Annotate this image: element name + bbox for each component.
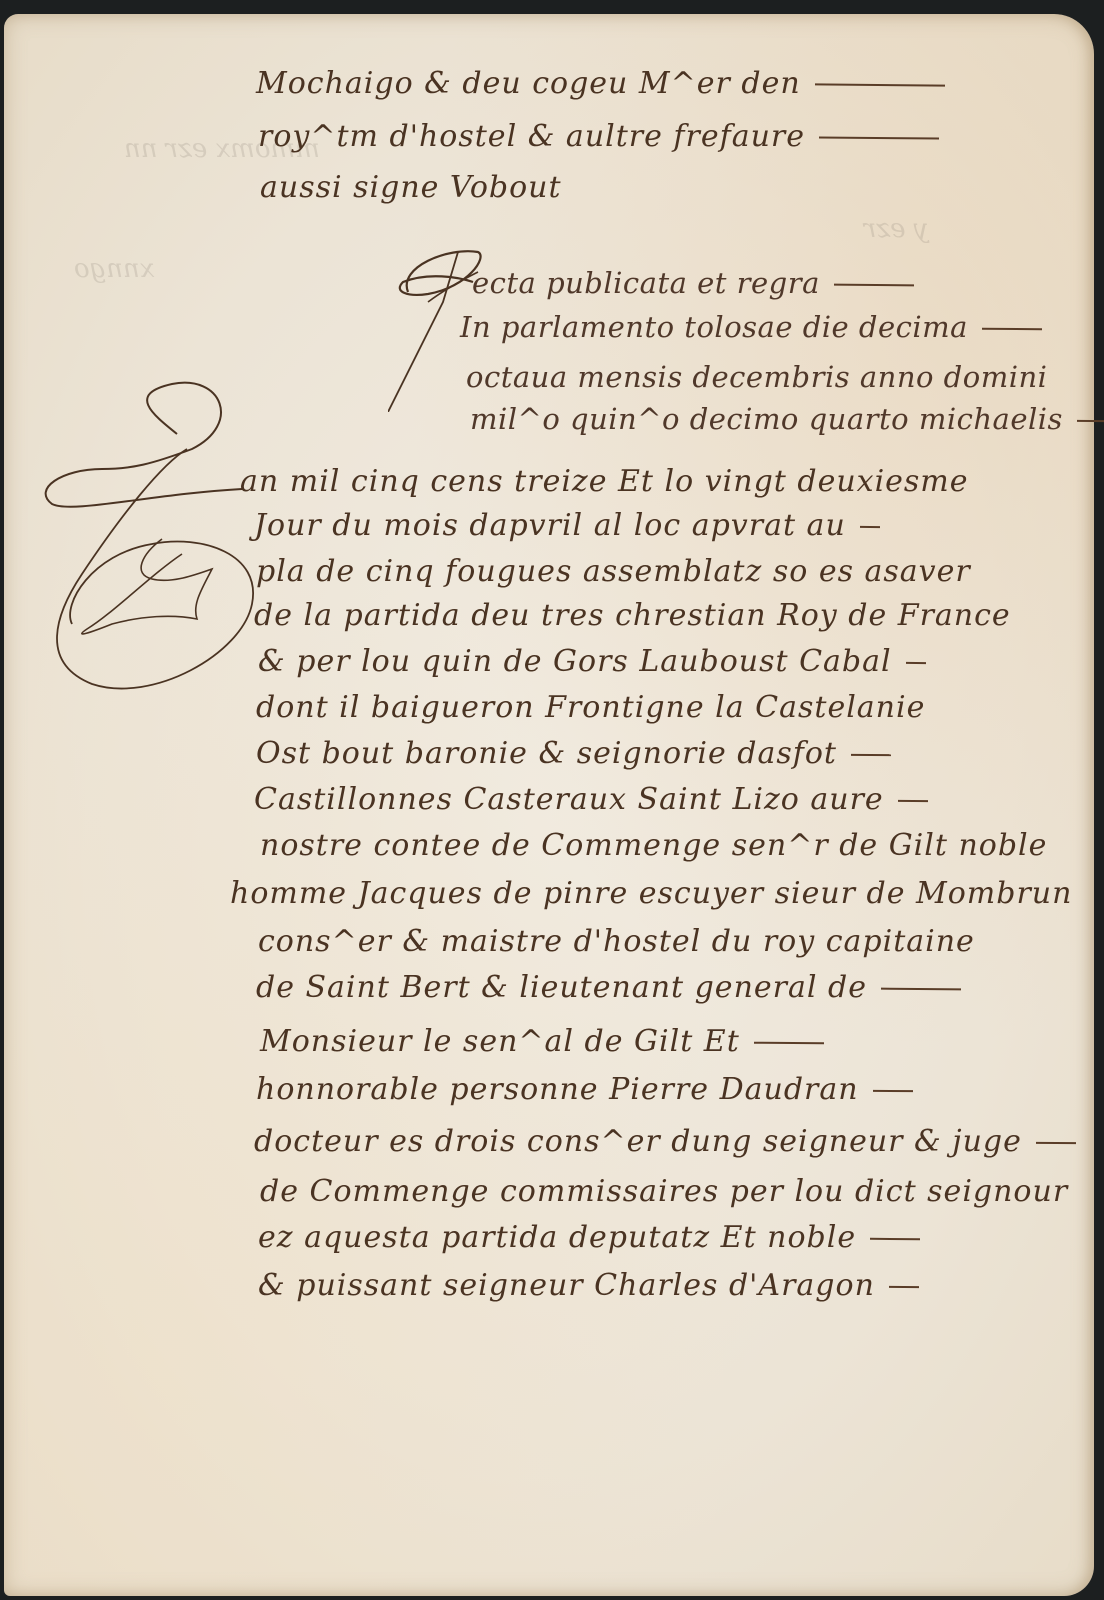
body-line-14: honnorable personne Pierre Daudran [256,1072,913,1107]
body-line-9: nostre contee de Commenge sen^r de Gilt … [260,828,1047,863]
body-line-7: Ost bout baronie & seignorie dasfot [256,736,891,771]
registration-line-4: mil^o quin^o decimo quarto michaelis [470,402,1104,436]
header-line-1: Mochaigo & deu cogeu M^er den [256,66,945,101]
body-line-6: dont il baigueron Frontigne la Castelani… [256,690,925,725]
header-line-2: roy^tm d'hostel & aultre frefaure [258,119,939,154]
registration-line-3: octaua mensis decembris anno domini [466,360,1047,394]
body-line-18: & puissant seigneur Charles d'Aragon [258,1268,919,1303]
body-line-1: an mil cinq cens treize Et lo vingt deux… [240,464,969,499]
bleed-through-text: xnngo [74,254,154,284]
body-line-16: de Commenge commissaires per lou dict se… [260,1174,1068,1209]
manuscript-page: mmomx ezr nn y ezr xnngo Mochaigo & deu … [4,14,1094,1596]
decorative-initial-l-icon [32,374,272,694]
body-line-15: docteur es drois cons^er dung seigneur &… [254,1124,1076,1159]
body-line-12: de Saint Bert & lieutenant general de [256,970,961,1005]
body-line-8: Castillonnes Casteraux Saint Lizo aure [254,782,928,817]
registration-line-1: ecta publicata et regra [472,266,914,300]
body-line-11: cons^er & maistre d'hostel du roy capita… [258,924,975,959]
body-line-3: pla de cinq fougues assemblatz so es asa… [256,554,971,589]
header-line-3: aussi signe Vobout [260,170,562,205]
body-line-17: ez aquesta partida deputatz Et noble [258,1220,920,1255]
body-line-2: Jour du mois dapvril al loc apvrat au [254,508,880,543]
bleed-through-text: y ezr [864,214,928,244]
body-line-13: Monsieur le sen^al de Gilt Et [260,1024,824,1059]
body-line-10: homme Jacques de pinre escuyer sieur de … [230,876,1072,911]
registration-line-2: In parlamento tolosae die decima [460,310,1042,344]
body-line-4: de la partida deu tres chrestian Roy de … [254,598,1011,633]
body-line-5: & per lou quin de Gors Lauboust Cabal [258,644,926,679]
